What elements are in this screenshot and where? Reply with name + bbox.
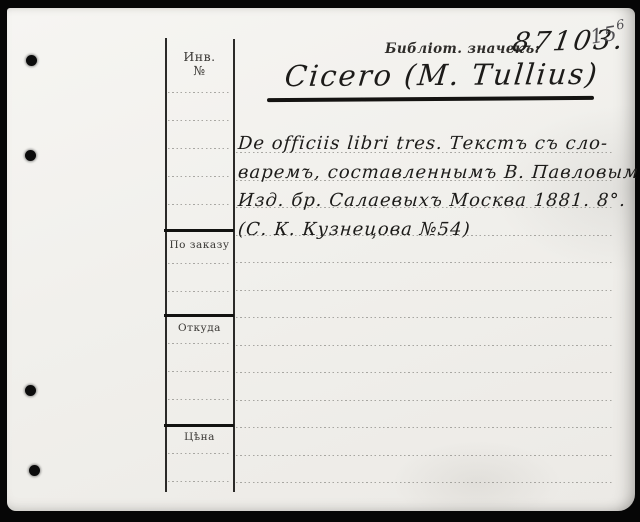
- scan-frame: Инв. № По заказу Откуда Цѣна Библіот. зн…: [0, 0, 640, 522]
- punch-hole: [25, 385, 36, 396]
- pencil-number-superscript: 6: [615, 18, 627, 34]
- card-title: Cicero (M. Tullius): [283, 57, 600, 93]
- scan-background: { "header": { "label": "Библіот. значекъ…: [0, 0, 640, 522]
- ruled-line: [168, 176, 231, 177]
- section-divider: [164, 424, 234, 427]
- ruled-line: [236, 290, 612, 291]
- body-line: варемъ, составленнымъ В. Павловымъ: [237, 162, 616, 183]
- ruled-line: [168, 343, 231, 344]
- body-line: (С. К. Кузнецова №54): [237, 219, 616, 240]
- pencil-number-main: 15: [588, 21, 619, 49]
- ruled-line: [168, 371, 231, 372]
- ruled-line: [236, 455, 612, 456]
- ruled-line: [236, 372, 612, 373]
- section-divider: [164, 314, 234, 317]
- punch-hole: [26, 55, 37, 66]
- ruled-line: [236, 262, 612, 263]
- body-line: De officiis libri tres. Текстъ съ сло-: [237, 133, 616, 154]
- column-label-inventory: Инв. №: [165, 50, 234, 78]
- column-label-order: По заказу: [165, 239, 234, 251]
- ruled-line: [236, 345, 612, 346]
- ruled-line: [168, 204, 231, 205]
- ruled-line: [236, 427, 612, 428]
- body-line: Изд. бр. Салаевыхъ Москва 1881. 8°.: [237, 190, 616, 211]
- punch-hole: [25, 150, 36, 161]
- ruled-line: [168, 120, 231, 121]
- section-divider: [164, 229, 234, 232]
- ruled-line: [168, 148, 231, 149]
- title-underline: [267, 96, 594, 102]
- punch-hole: [29, 465, 40, 476]
- column-label-inventory-line2: №: [165, 64, 234, 78]
- ruled-line: [168, 453, 231, 454]
- ruled-line: [168, 92, 231, 93]
- catalog-card: Инв. № По заказу Откуда Цѣна Библіот. зн…: [7, 8, 635, 511]
- ruled-line: [236, 400, 612, 401]
- ruled-line: [168, 481, 231, 482]
- ruled-line: [168, 263, 231, 264]
- column-label-origin: Откуда: [165, 322, 234, 334]
- ruled-line: [236, 482, 612, 483]
- ruled-line: [168, 399, 231, 400]
- column-label-price: Цѣна: [165, 431, 234, 443]
- ruled-line: [236, 317, 612, 318]
- ruled-line: [168, 291, 231, 292]
- column-label-inventory-line1: Инв.: [165, 50, 234, 64]
